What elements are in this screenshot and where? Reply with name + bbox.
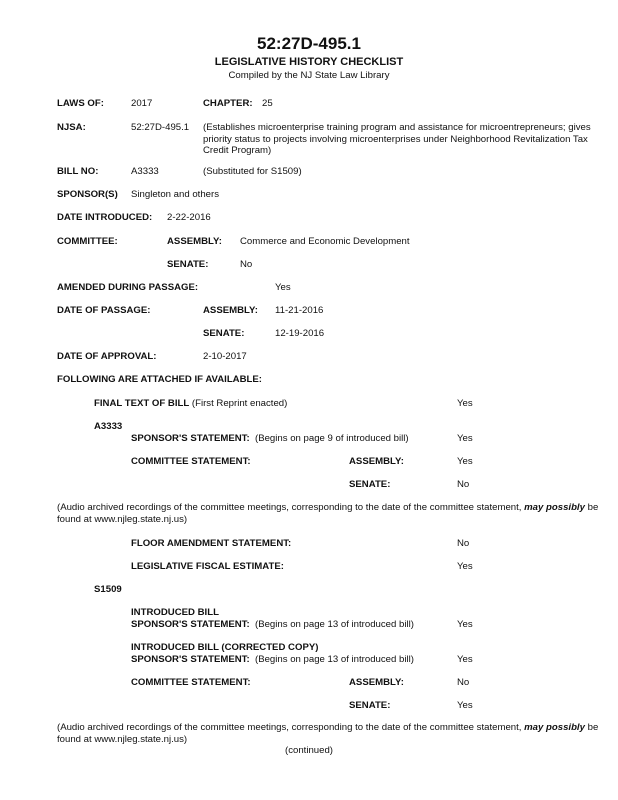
audio-note-emphasis: may possibly (524, 722, 585, 733)
sponsors-label: SPONSOR(S) (57, 189, 118, 200)
bill-no-note: (Substituted for S1509) (203, 166, 302, 177)
audio-note: (Audio archived recordings of the commit… (57, 722, 602, 746)
s1509-committee-senate-label: SENATE: (349, 700, 390, 711)
a3333-sponsor-label: SPONSOR'S STATEMENT: (131, 433, 250, 444)
s1509-corrected-sponsor-label: SPONSOR'S STATEMENT: (131, 654, 250, 665)
date-introduced-value: 2-22-2016 (167, 212, 211, 223)
final-text-label: FINAL TEXT OF BILL (94, 398, 189, 409)
amended-label: AMENDED DURING PASSAGE: (57, 282, 198, 293)
bill-no-value: A3333 (131, 166, 159, 177)
s1509-committee-senate-value: Yes (457, 700, 473, 711)
final-text-value: Yes (457, 398, 473, 409)
a3333-committee-assembly-value: Yes (457, 456, 473, 467)
date-of-passage-label: DATE OF PASSAGE: (57, 305, 150, 316)
s1509-intro-sponsor-value: Yes (457, 619, 473, 630)
chapter-label: CHAPTER: (203, 98, 253, 109)
a3333-sponsor-value: Yes (457, 433, 473, 444)
fiscal-estimate-value: Yes (457, 561, 473, 572)
njsa-label: NJSA: (57, 122, 86, 133)
date-of-approval-label: DATE OF APPROVAL: (57, 351, 157, 362)
s1509-intro-label: INTRODUCED BILL (131, 607, 219, 618)
passage-senate-value: 12-19-2016 (275, 328, 324, 339)
audio-note-emphasis: may possibly (524, 502, 585, 513)
s1509-heading: S1509 (94, 584, 122, 595)
document-subtitle: Compiled by the NJ State Law Library (0, 70, 618, 81)
s1509-committee-assembly-value: No (457, 677, 469, 688)
statute-number: 52:27D-495.1 (0, 34, 618, 54)
laws-of-value: 2017 (131, 98, 152, 109)
fiscal-estimate-label: LEGISLATIVE FISCAL ESTIMATE: (131, 561, 284, 572)
a3333-sponsor-note: (Begins on page 9 of introduced bill) (255, 433, 409, 444)
s1509-intro-sponsor-label: SPONSOR'S STATEMENT: (131, 619, 250, 630)
amended-value: Yes (275, 282, 291, 293)
sponsors-value: Singleton and others (131, 189, 219, 200)
committee-assembly-value: Commerce and Economic Development (240, 236, 410, 247)
committee-senate-label: SENATE: (167, 259, 208, 270)
bill-no-label: BILL NO: (57, 166, 98, 177)
a3333-committee-senate-label: SENATE: (349, 479, 390, 490)
floor-amendment-label: FLOOR AMENDMENT STATEMENT: (131, 538, 291, 549)
njsa-value: 52:27D-495.1 (131, 122, 189, 133)
a3333-committee-label: COMMITTEE STATEMENT: (131, 456, 251, 467)
date-of-approval-value: 2-10-2017 (203, 351, 247, 362)
s1509-corrected-sponsor-row: SPONSOR'S STATEMENT: (Begins on page 13 … (131, 654, 414, 665)
continued-label: (continued) (0, 745, 618, 756)
committee-label: COMMITTEE: (57, 236, 118, 247)
s1509-intro-sponsor-row: SPONSOR'S STATEMENT: (Begins on page 13 … (131, 619, 414, 630)
s1509-corrected-sponsor-note: (Begins on page 13 of introduced bill) (255, 654, 414, 665)
chapter-value: 25 (262, 98, 273, 109)
final-text-row: FINAL TEXT OF BILL (First Reprint enacte… (94, 398, 287, 409)
a3333-committee-senate-value: No (457, 479, 469, 490)
document-title: LEGISLATIVE HISTORY CHECKLIST (0, 56, 618, 68)
floor-amendment-value: No (457, 538, 469, 549)
s1509-intro-sponsor-note: (Begins on page 13 of introduced bill) (255, 619, 414, 630)
passage-assembly-value: 11-21-2016 (275, 305, 323, 316)
s1509-corrected-label: INTRODUCED BILL (CORRECTED COPY) (131, 642, 318, 653)
passage-senate-label: SENATE: (203, 328, 244, 339)
a3333-sponsor-row: SPONSOR'S STATEMENT: (Begins on page 9 o… (131, 433, 409, 444)
s1509-corrected-sponsor-value: Yes (457, 654, 473, 665)
committee-senate-value: No (240, 259, 252, 270)
passage-assembly-label: ASSEMBLY: (203, 305, 258, 316)
s1509-committee-label: COMMITTEE STATEMENT: (131, 677, 251, 688)
a3333-heading: A3333 (94, 421, 122, 432)
s1509-committee-assembly-label: ASSEMBLY: (349, 677, 404, 688)
date-introduced-label: DATE INTRODUCED: (57, 212, 152, 223)
a3333-committee-assembly-label: ASSEMBLY: (349, 456, 404, 467)
audio-note: (Audio archived recordings of the commit… (57, 502, 602, 526)
final-text-note: (First Reprint enacted) (192, 398, 287, 409)
committee-assembly-label: ASSEMBLY: (167, 236, 222, 247)
attached-heading: FOLLOWING ARE ATTACHED IF AVAILABLE: (57, 374, 262, 385)
laws-of-label: LAWS OF: (57, 98, 104, 109)
njsa-description: (Establishes microenterprise training pr… (203, 122, 603, 157)
